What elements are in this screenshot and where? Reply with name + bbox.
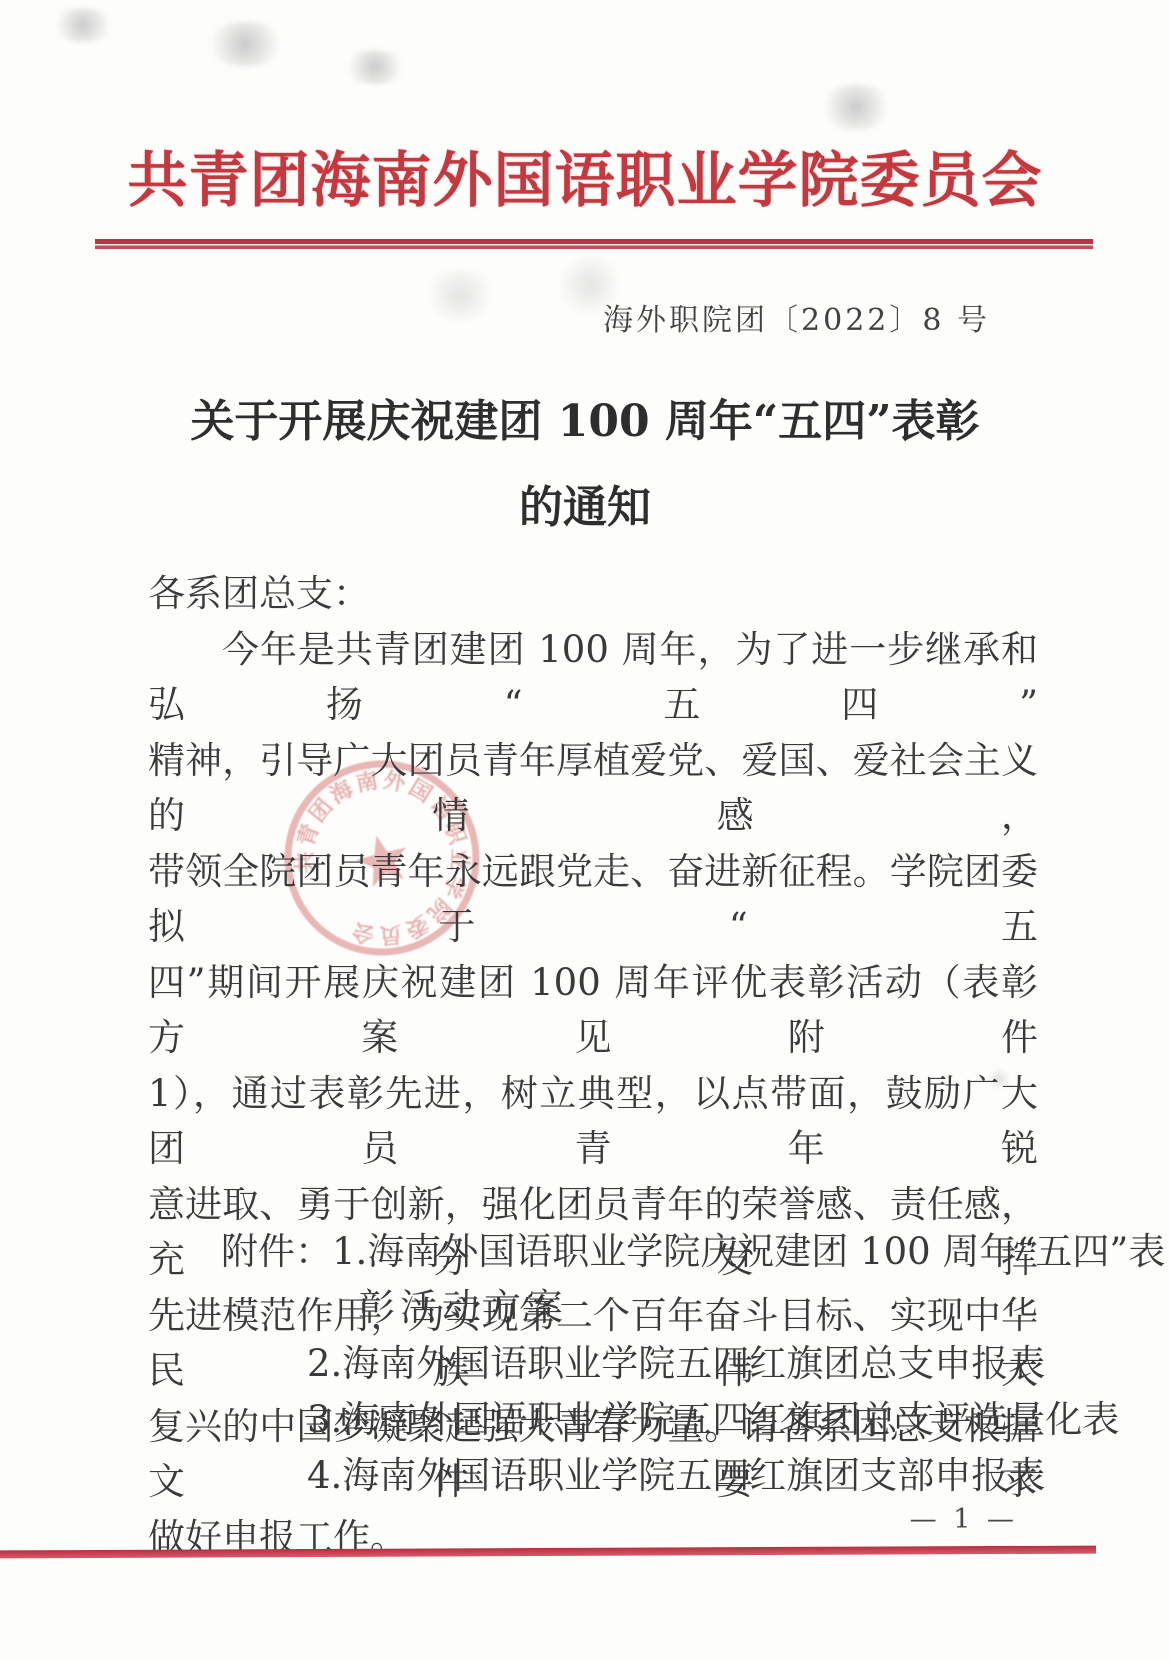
salutation: 各系团总支： — [148, 566, 1038, 622]
scanned-official-document: 共青团海南外国语职业学院委员会 海外职院团〔2022〕8 号 关于开展庆祝建团 … — [0, 0, 1170, 1661]
letterhead-rule — [95, 239, 1093, 249]
scan-smudge — [816, 84, 896, 130]
scan-smudge — [340, 50, 410, 84]
attachment-item-2: 2.海南外国语职业学院五四红旗团总支申报表 — [307, 1336, 1061, 1392]
body-line: 四”期间开展庆祝建团 100 周年评优表彰活动（表彰方案见附件 — [148, 955, 1038, 1066]
notice-title-line1: 关于开展庆祝建团 100 周年“五四”表彰 — [0, 379, 1170, 465]
body-line: 精神，引导广大团员青年厚植爱党、爱国、爱社会主义的情感， — [148, 733, 1038, 844]
attachment-item-1-continued: 彰活动方案 — [358, 1280, 1061, 1336]
document-number: 海外职院团〔2022〕8 号 — [603, 295, 990, 339]
page-number: — 1 — — [910, 1504, 1018, 1535]
attachment-item-1: 1.海南外国语职业学院庆祝建团 100 周年“五四”表 — [332, 1224, 1165, 1280]
scan-smudge — [48, 8, 118, 42]
body-line: 带领全院团员青年永远跟党走、奋进新征程。学院团委拟于“五 — [148, 844, 1038, 955]
notice-title-line2: 的通知 — [0, 465, 1170, 551]
attachment-item-4: 4.海南外国语职业学院五四红旗团支部申报表 — [307, 1448, 1061, 1504]
scan-smudge — [200, 22, 290, 66]
attachments-list: 附件： 1.海南外国语职业学院庆祝建团 100 周年“五四”表 彰活动方案 2.… — [221, 1224, 1061, 1504]
scan-smudge — [420, 270, 500, 320]
letterhead-title: 共青团海南外国语职业学院委员会 — [0, 133, 1170, 219]
body-line: 今年是共青团建团 100 周年，为了进一步继承和弘扬“五四” — [148, 622, 1038, 733]
body-line: 1），通过表彰先进，树立典型，以点带面，鼓励广大团员青年锐 — [148, 1066, 1038, 1177]
attachment-item-3: 3.海南外国语职业学院五四红旗团总支评选量化表 — [307, 1392, 1061, 1448]
notice-title: 关于开展庆祝建团 100 周年“五四”表彰 的通知 — [0, 379, 1170, 551]
attachments-label: 附件： — [221, 1224, 332, 1280]
